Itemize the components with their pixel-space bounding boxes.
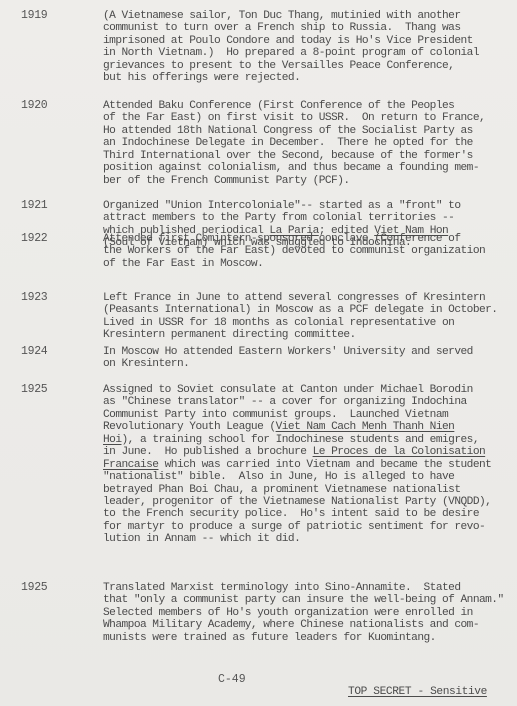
underlined-title: Viet Nam Cach Menh Thanh Nien	[276, 421, 455, 433]
entry-year: 1924	[21, 346, 47, 359]
text-line: Francaise which was carried into Vietnam…	[103, 459, 513, 471]
text-line: Revolutionary Youth League (Viet Nam Cac…	[103, 421, 513, 433]
text-line: to the French security police. Ho's inte…	[103, 508, 513, 520]
underlined-title: Francaise	[103, 459, 158, 471]
entry-text: Attended Baku Conference (First Conferen…	[103, 100, 513, 187]
text-line: Whampoa Military Academy, where Chinese …	[103, 619, 513, 631]
text-line: munists were trained as future leaders f…	[103, 632, 513, 644]
text-line: betrayed Phan Boi Chau, a prominent Viet…	[103, 484, 513, 496]
text-line: an Indochinese Delegate in December. The…	[103, 137, 513, 149]
text-line: lution in Annam -- which it did.	[103, 533, 513, 545]
entry-year: 1922	[21, 233, 47, 246]
entry-year: 1921	[21, 200, 47, 213]
document-page: 1919(A Vietnamese sailor, Ton Duc Thang,…	[0, 0, 517, 706]
text-line: Kresintern permanent directing committee…	[103, 329, 513, 341]
text-line: ber of the French Communist Party (PCF).	[103, 175, 513, 187]
text-line: Attended Baku Conference (First Conferen…	[103, 100, 513, 112]
text-line: of the Far East) on first visit to USSR.…	[103, 112, 513, 124]
text-line: but his offerings were rejected.	[103, 72, 513, 84]
text-line: (A Vietnamese sailor, Ton Duc Thang, mut…	[103, 10, 513, 22]
entry-year: 1923	[21, 292, 47, 305]
entry-text: Left France in June to attend several co…	[103, 292, 513, 342]
text-line: that "only a communist party can insure …	[103, 594, 513, 606]
text-line: on Kresintern.	[103, 358, 513, 370]
text-line: in June. Ho published a brochure Le Proc…	[103, 446, 513, 458]
text-line: position against colonialism, and thus b…	[103, 162, 513, 174]
text-line: grievances to present to the Versailles …	[103, 60, 513, 72]
text-line: attract members to the Party from coloni…	[103, 212, 513, 224]
underlined-title: Hoi	[103, 434, 122, 446]
text-line: communist to turn over a French ship to …	[103, 22, 513, 34]
text-line: Assigned to Soviet consulate at Canton u…	[103, 384, 513, 396]
text-line: Lived in USSR for 18 months as colonial …	[103, 317, 513, 329]
entry-text: (A Vietnamese sailor, Ton Duc Thang, mut…	[103, 10, 513, 85]
entry-text: In Moscow Ho attended Eastern Workers' U…	[103, 346, 513, 371]
text-line: Hoi), a training school for Indochinese …	[103, 434, 513, 446]
entry-year: 1920	[21, 100, 47, 113]
entry-text: Translated Marxist terminology into Sino…	[103, 582, 513, 644]
underlined-title: Le Proces de la Colonisation	[313, 446, 486, 458]
text-line: Attended first Comintern-sponsored concl…	[103, 233, 513, 245]
text-line: In Moscow Ho attended Eastern Workers' U…	[103, 346, 513, 358]
text-line: Ho attended 18th National Congress of th…	[103, 125, 513, 137]
classification-marking: TOP SECRET - Sensitive	[348, 686, 487, 698]
text-line: imprisoned at Poulo Condore and today is…	[103, 35, 513, 47]
entry-year: 1925	[21, 384, 47, 397]
entry-text: Attended first Comintern-sponsored concl…	[103, 233, 513, 270]
entry-year: 1925	[21, 582, 47, 595]
text-line: "nationalist" bible. Also in June, Ho is…	[103, 471, 513, 483]
entry-text: Assigned to Soviet consulate at Canton u…	[103, 384, 513, 546]
text-line: for martyr to produce a surge of patriot…	[103, 521, 513, 533]
text-line: Left France in June to attend several co…	[103, 292, 513, 304]
text-line: (Peasants International) in Moscow as a …	[103, 304, 513, 316]
text-line: Communist Party into communist groups. L…	[103, 409, 513, 421]
entry-year: 1919	[21, 10, 47, 23]
text-line: Organized "Union Intercoloniale"-- start…	[103, 200, 513, 212]
text-line: the Workers of the Far East) devoted to …	[103, 245, 513, 257]
text-line: leader, progenitor of the Vietnamese Nat…	[103, 496, 513, 508]
text-line: Third International over the Second, bec…	[103, 150, 513, 162]
text-line: Selected members of Ho's youth organizat…	[103, 607, 513, 619]
text-line: of the Far East in Moscow.	[103, 258, 513, 270]
page-number: C-49	[218, 673, 246, 686]
text-line: in North Vietnam.) Ho prepared a 8-point…	[103, 47, 513, 59]
text-line: as "Chinese translator" -- a cover for o…	[103, 396, 513, 408]
text-line: Translated Marxist terminology into Sino…	[103, 582, 513, 594]
